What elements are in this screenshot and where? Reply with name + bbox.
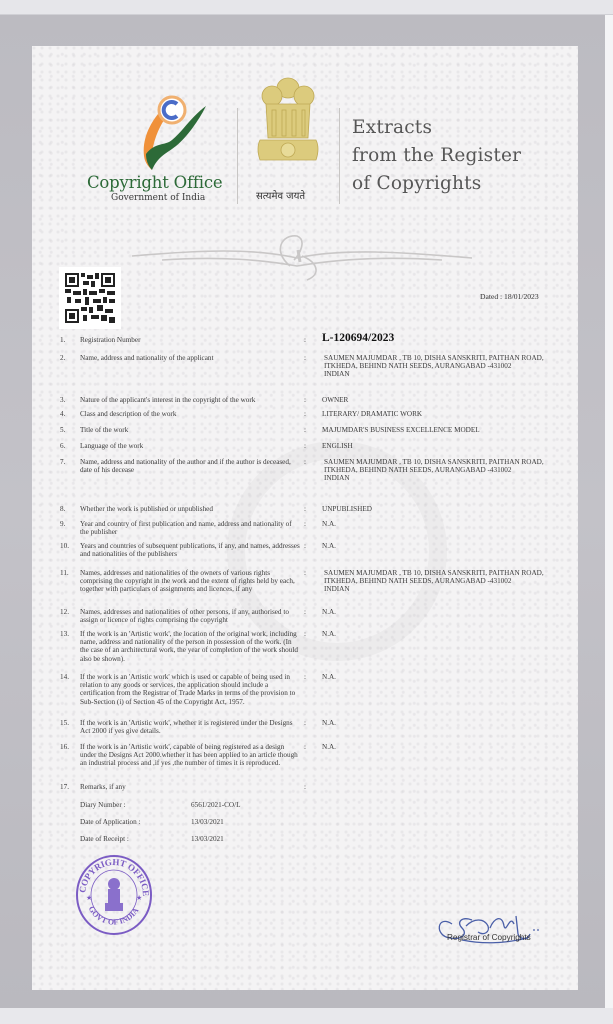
entry-number: 7.: [60, 458, 65, 466]
register-title: Extracts from the Register of Copyrights: [352, 114, 521, 198]
office-subtitle: Government of India: [111, 193, 205, 203]
entry-number: 1.: [60, 336, 65, 344]
entry-label: Names, addresses and nationalities of ot…: [80, 608, 302, 624]
entry-separator: :: [304, 458, 306, 466]
entry-number: 11.: [60, 569, 69, 577]
entry-number: 3.: [60, 396, 65, 404]
registration-number: L-120694/2023: [322, 334, 542, 342]
entry-label: Name, address and nationality of the aut…: [80, 458, 302, 474]
entry-separator: :: [304, 442, 306, 450]
entry-separator: :: [304, 505, 306, 513]
entry-number: 17.: [60, 783, 69, 791]
certificate-page: Copyright Office Government of India सत्…: [32, 46, 578, 990]
entry-value: UNPUBLISHED: [322, 505, 542, 513]
remark-label: Date of Application :: [80, 818, 140, 826]
entry-separator: :: [304, 608, 306, 616]
entry-value: LITERARY/ DRAMATIC WORK: [322, 410, 542, 418]
remark-value: 6561/2021-CO/L: [191, 801, 241, 809]
remark-value: 13/03/2021: [191, 818, 224, 826]
entry-label: Class and description of the work: [80, 410, 302, 418]
office-name: Copyright Office: [87, 173, 223, 192]
entry-separator: :: [304, 783, 306, 791]
emblem-motto: सत्यमेव जयते: [256, 188, 305, 202]
entry-label: Title of the work: [80, 426, 302, 434]
entry-separator: :: [304, 336, 306, 344]
entry-number: 10.: [60, 542, 69, 550]
entry-value: OWNER: [322, 396, 542, 404]
entry-number: 15.: [60, 719, 69, 727]
entry-value: N.A.: [322, 520, 542, 528]
remark-value: 13/03/2021: [191, 835, 224, 843]
entry-label: If the work is an 'Artistic work', wheth…: [80, 719, 302, 735]
entry-separator: :: [304, 719, 306, 727]
entry-number: 13.: [60, 630, 69, 638]
flourish-divider-icon: [122, 226, 482, 281]
entry-label: Whether the work is published or unpubli…: [80, 505, 302, 513]
entry-value: N.A.: [322, 719, 542, 727]
entry-label: Years and countries of subsequent public…: [80, 542, 302, 558]
entry-label: Year and country of first publication an…: [80, 520, 302, 536]
entry-value: N.A.: [322, 608, 542, 616]
svg-text:★: ★: [86, 894, 92, 902]
entry-number: 6.: [60, 442, 65, 450]
header-divider: [237, 108, 238, 204]
entry-label: Names, addresses and nationalities of th…: [80, 569, 302, 594]
entry-value: SAUMEN MAJUMDAR , TB 10, DISHA SANSKRITI…: [324, 569, 544, 594]
remark-label: Date of Receipt :: [80, 835, 129, 843]
entry-number: 5.: [60, 426, 65, 434]
header-divider: [339, 108, 340, 204]
entry-number: 2.: [60, 354, 65, 362]
entry-label: Nature of the applicant's interest in th…: [80, 396, 302, 404]
entry-label: If the work is an 'Artistic work', the l…: [80, 630, 302, 663]
entry-separator: :: [304, 520, 306, 528]
qr-code-icon: [65, 273, 115, 323]
viewer-top-bar: [0, 0, 613, 15]
entry-label: Remarks, if any: [80, 783, 302, 791]
entry-separator: :: [304, 396, 306, 404]
entry-separator: :: [304, 426, 306, 434]
entry-value: ENGLISH: [322, 442, 542, 450]
state-emblem-icon: [252, 76, 324, 186]
viewer-bottom-bar: [0, 1008, 613, 1024]
copyright-office-logo-icon: [120, 84, 210, 172]
entry-separator: :: [304, 410, 306, 418]
entry-value: N.A.: [322, 673, 542, 681]
entry-value: N.A.: [322, 630, 542, 638]
entry-separator: :: [304, 673, 306, 681]
entry-label: Registration Number: [80, 336, 302, 344]
entry-value: N.A.: [322, 743, 542, 751]
entry-value: SAUMEN MAJUMDAR , TB 10, DISHA SANSKRITI…: [324, 354, 544, 379]
entry-separator: :: [304, 743, 306, 751]
svg-text:★: ★: [136, 894, 142, 902]
entry-separator: :: [304, 354, 306, 362]
qr-code: [59, 267, 121, 329]
entry-number: 12.: [60, 608, 69, 616]
entry-number: 4.: [60, 410, 65, 418]
entry-separator: :: [304, 569, 306, 577]
entry-number: 8.: [60, 505, 65, 513]
entry-value: N.A.: [322, 542, 542, 550]
viewer-edge: [605, 15, 613, 1008]
entry-number: 14.: [60, 673, 69, 681]
entry-value: MAJUMDAR'S BUSINESS EXCELLENCE MODEL: [322, 426, 542, 434]
entry-label: Name, address and nationality of the app…: [80, 354, 302, 362]
registrar-label: Registrar of Copyrights: [447, 933, 531, 942]
entry-separator: :: [304, 630, 306, 638]
entry-label: Language of the work: [80, 442, 302, 450]
remark-label: Diary Number :: [80, 801, 126, 809]
entry-value: SAUMEN MAJUMDAR , TB 10, DISHA SANSKRITI…: [324, 458, 544, 483]
entry-separator: :: [304, 542, 306, 550]
copyright-office-stamp-icon: COPYRIGHT OFFICE GOVT OF INDIA ★ ★: [75, 854, 153, 936]
entry-label: If the work is an 'Artistic work', capab…: [80, 743, 302, 768]
entry-number: 16.: [60, 743, 69, 751]
certificate-date: Dated : 18/01/2023: [480, 292, 539, 301]
entry-number: 9.: [60, 520, 65, 528]
entry-label: If the work is an 'Artistic work' which …: [80, 673, 302, 706]
